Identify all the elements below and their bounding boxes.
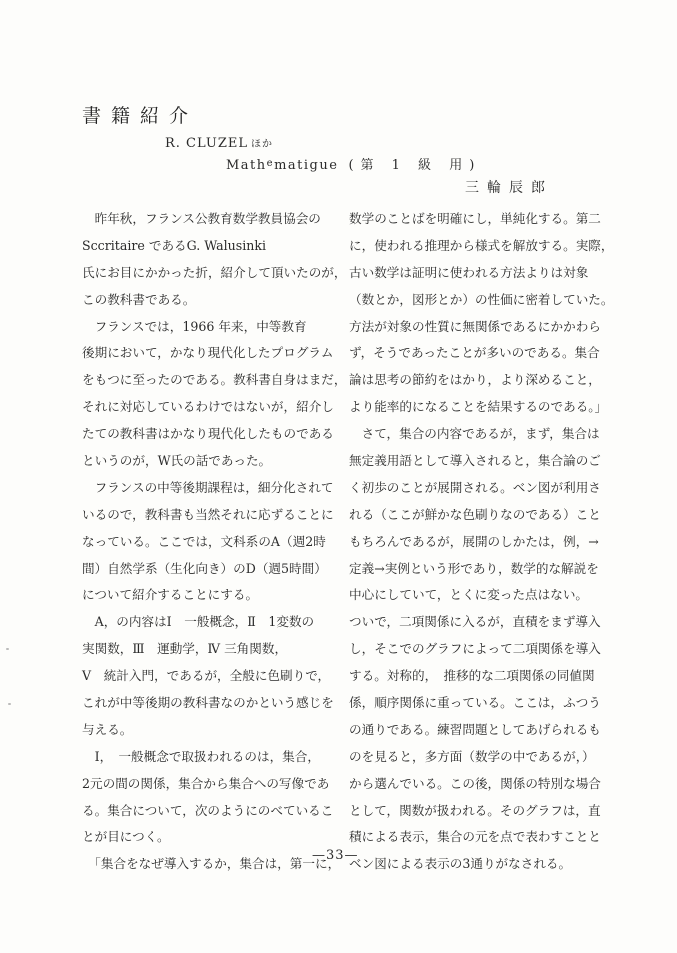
text-line: ず，そうであったことが多いのである。集合 <box>349 340 619 367</box>
text-line: Ⅰ， 一般概念で取扱われるのは，集合， <box>82 744 337 771</box>
left-column: 昨年秋，フランス公教育数学教員協会のSccritaire であるG. Walus… <box>82 206 337 878</box>
author-suffix: ほか <box>251 139 273 150</box>
text-line: フランスでは，1966 年来，中等教育 <box>82 314 337 341</box>
book-title-part-b: matigue <box>274 158 338 173</box>
text-line: れる（ここが鮮かな色刷りなのである）こと <box>349 502 619 529</box>
text-line: フランスの中等後期課程は，細分化されて <box>82 475 337 502</box>
text-line: から選んでいる。この後，関係の特別な場合 <box>349 771 619 798</box>
text-line: のを見ると，多方面（数学の中であるが，） <box>349 744 619 771</box>
text-line: さて，集合の内容であるが，まず，集合は <box>349 421 619 448</box>
book-title-raised-e: e <box>267 158 274 169</box>
text-line: この教科書である。 <box>82 287 337 314</box>
text-line: 数学のことばを明確にし，単純化する。第二 <box>349 206 619 233</box>
section-title: 書籍紹介 <box>82 101 198 128</box>
text-line: 間）自然学系（生化向き）のD（週5時間） <box>82 556 337 583</box>
text-line: いるので，教科書も当然それに応ずることに <box>82 502 337 529</box>
text-line: る。集合について，次のようにのべているこ <box>82 798 337 825</box>
text-line: 積による表示，集合の元を点で表わすことと <box>349 824 619 851</box>
text-line: 論は思考の節約をはかり，より深めること， <box>349 367 619 394</box>
text-line: これが中等後期の教科書なのかという感じを <box>82 690 337 717</box>
text-line: Sccritaire であるG. Walusinki <box>82 233 337 260</box>
text-line: 定義→実例という形であり，数学的な解説を <box>349 556 619 583</box>
text-line: ベン図による表示の3通りがなされる。 <box>349 851 619 878</box>
scan-margin-mark <box>8 703 11 705</box>
text-line: 無定義用語として導入されると，集合論のご <box>349 448 619 475</box>
text-line: 与える。 <box>82 717 337 744</box>
text-line: く初歩のことが展開される。ベン図が利用さ <box>349 475 619 502</box>
text-line: 2元の間の関係，集合から集合への写像であ <box>82 771 337 798</box>
text-line: をもつに至ったのである。教科書自身はまだ， <box>82 367 337 394</box>
author-name: R. CLUZEL <box>165 136 248 151</box>
text-line: Ⅴ 統計入門，であるが，全般に色刷りで， <box>82 663 337 690</box>
book-author: R. CLUZELほか <box>165 135 273 151</box>
text-line: として，関数が扱われる。そのグラフは，直 <box>349 798 619 825</box>
text-line: 後期において，かなり現代化したプログラム <box>82 340 337 367</box>
text-line: とが目につく。 <box>82 824 337 851</box>
book-grade: (第 1 級 用) <box>348 158 481 173</box>
right-column: 数学のことばを明確にし，単純化する。第二に，使われる推理から様式を解放する。実際… <box>349 206 619 878</box>
text-line: に，使われる推理から様式を解放する。実際， <box>349 233 619 260</box>
text-line: A，の内容はⅠ 一般概念，Ⅱ 1変数の <box>82 609 337 636</box>
text-line: 中心にしていて，とくに変った点はない。 <box>349 582 619 609</box>
text-line: 実関数，Ⅲ 運動学，Ⅳ 三角関数， <box>82 636 337 663</box>
scan-margin-mark <box>6 648 9 650</box>
text-line: （数とか，図形とか）の性価に密着していた。 <box>349 287 619 314</box>
text-line: 係，順序関係に重っている。ここは，ふつう <box>349 690 619 717</box>
text-line: それに対応しているわけではないが，紹介し <box>82 394 337 421</box>
book-title: Mathematigue(第 1 級 用) <box>226 154 481 173</box>
text-line: というのが，W氏の話であった。 <box>82 448 337 475</box>
text-line: し，そこでのグラフによって二項関係を導入 <box>349 636 619 663</box>
text-line: より能率的になることを結果するのである。」 <box>349 394 619 421</box>
text-line: の通りである。練習問題としてあげられるも <box>349 717 619 744</box>
reviewer-name: 三輪辰郎 <box>465 177 553 197</box>
text-line: について紹介することにする。 <box>82 582 337 609</box>
text-line: たての教科書はかなり現代化したものである <box>82 421 337 448</box>
page-number: —33— <box>312 848 359 863</box>
text-line: 方法が対象の性質に無関係であるにかかわら <box>349 314 619 341</box>
text-line: もちろんであるが，展開のしかたは，例，→ <box>349 529 619 556</box>
text-line: ついで，二項関係に入るが，直積をまず導入 <box>349 609 619 636</box>
text-line: 「集合をなぜ導入するか，集合は，第一に， <box>82 851 337 878</box>
text-line: する。対称的， 推移的な二項関係の同値関 <box>349 663 619 690</box>
text-line: 昨年秋，フランス公教育数学教員協会の <box>82 206 337 233</box>
book-title-part-a: Math <box>226 158 267 173</box>
text-line: 古い数学は証明に使われる方法よりは対象 <box>349 260 619 287</box>
text-line: 氏にお目にかかった折，紹介して頂いたのが， <box>82 260 337 287</box>
text-line: なっている。ここでは，文科系のA（週2時 <box>82 529 337 556</box>
